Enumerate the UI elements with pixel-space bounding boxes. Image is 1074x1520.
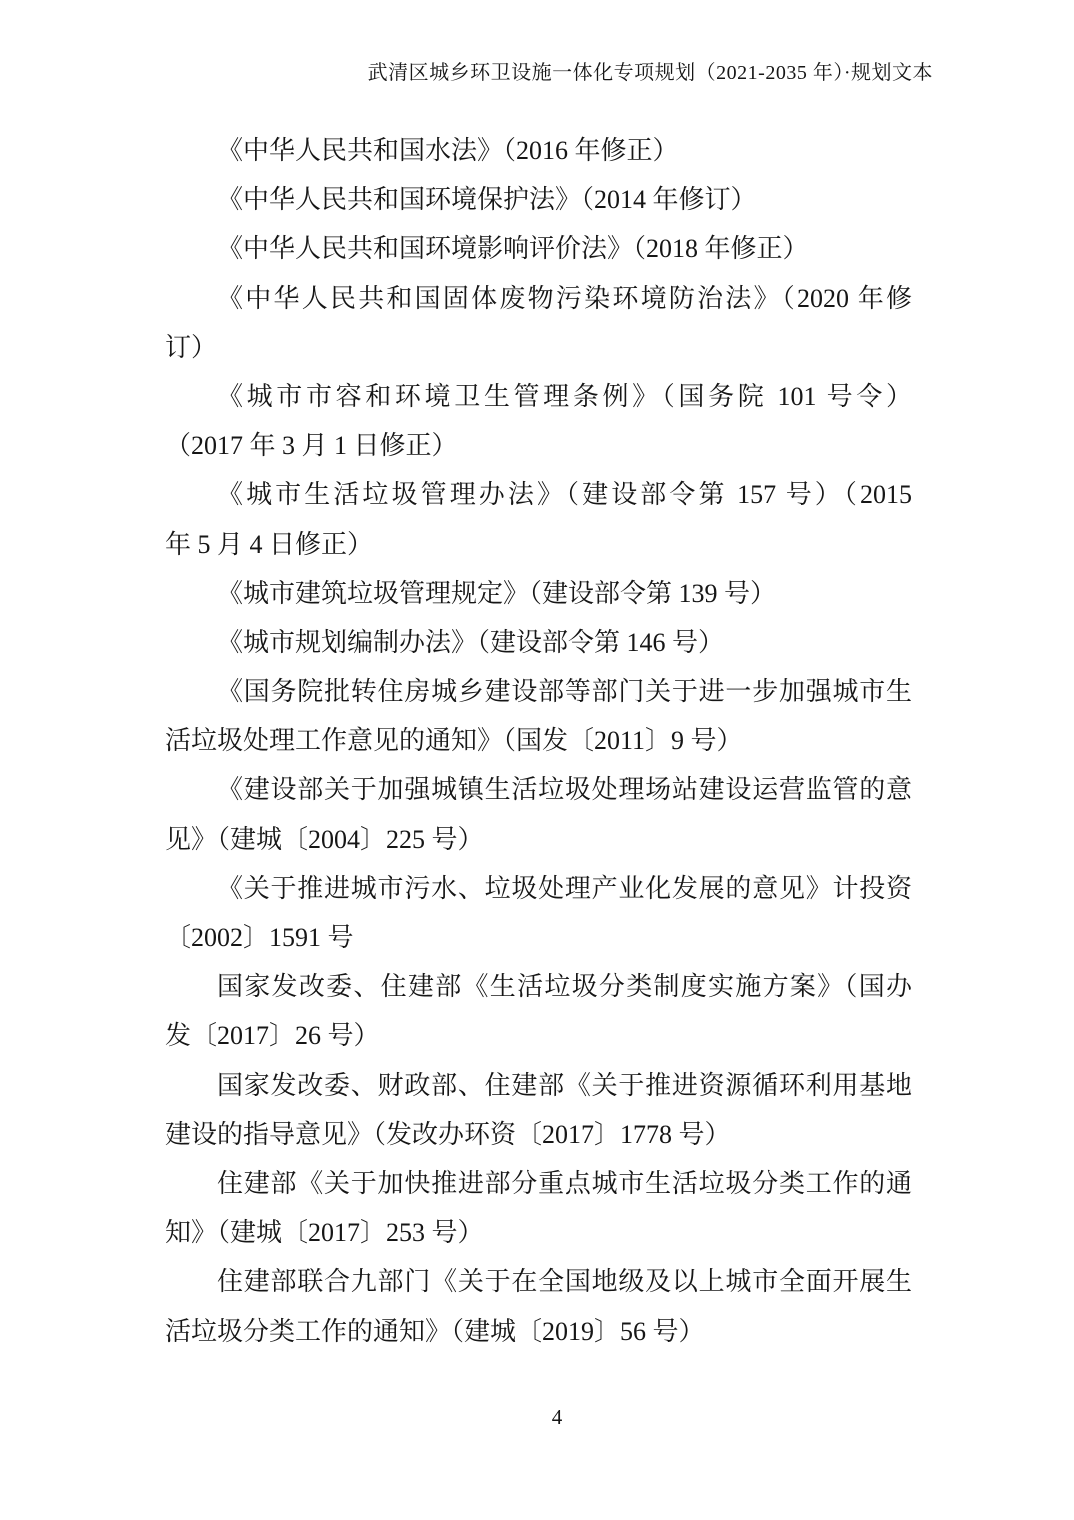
body-line: 建设的指导意见》（发改办环资〔2017〕1778 号） xyxy=(165,1110,912,1159)
body-line: 《城市市容和环境卫生管理条例》（国务院 101 号令） xyxy=(165,372,912,421)
body-line: 《建设部关于加强城镇生活垃圾处理场站建设运营监管的意 xyxy=(165,765,912,814)
body-line: 订） xyxy=(165,323,912,372)
body-line: 《中华人民共和国水法》（2016 年修正） xyxy=(165,126,912,175)
body-line: 活垃圾分类工作的通知》（建城〔2019〕56 号） xyxy=(165,1307,912,1356)
body-line: 住建部《关于加快推进部分重点城市生活垃圾分类工作的通 xyxy=(165,1159,912,1208)
body-line: （2017 年 3 月 1 日修正） xyxy=(165,421,912,470)
body-line: 〔2002〕1591 号 xyxy=(165,913,912,962)
body-line: 国家发改委、财政部、住建部《关于推进资源循环利用基地 xyxy=(165,1061,912,1110)
body-line: 《中华人民共和国固体废物污染环境防治法》（2020 年修 xyxy=(165,274,912,323)
body-line: 见》（建城〔2004〕225 号） xyxy=(165,815,912,864)
body-line: 《城市建筑垃圾管理规定》（建设部令第 139 号） xyxy=(165,569,912,618)
body-line: 年 5 月 4 日修正） xyxy=(165,520,912,569)
body-line: 《中华人民共和国环境保护法》（2014 年修订） xyxy=(165,175,912,224)
body-line: 《国务院批转住房城乡建设部等部门关于进一步加强城市生 xyxy=(165,667,912,716)
document-page: 武清区城乡环卫设施一体化专项规划（2021-2035 年）·规划文本 《中华人民… xyxy=(0,0,1074,1520)
document-body: 《中华人民共和国水法》（2016 年修正）《中华人民共和国环境保护法》（2014… xyxy=(165,126,912,1356)
body-line: 国家发改委、住建部《生活垃圾分类制度实施方案》（国办 xyxy=(165,962,912,1011)
body-line: 《城市规划编制办法》（建设部令第 146 号） xyxy=(165,618,912,667)
body-line: 活垃圾处理工作意见的通知》（国发〔2011〕9 号） xyxy=(165,716,912,765)
body-line: 《关于推进城市污水、垃圾处理产业化发展的意见》计投资 xyxy=(165,864,912,913)
page-number: 4 xyxy=(0,1404,1074,1430)
body-line: 发〔2017〕26 号） xyxy=(165,1011,912,1060)
body-line: 住建部联合九部门《关于在全国地级及以上城市全面开展生 xyxy=(165,1257,912,1306)
body-line: 《城市生活垃圾管理办法》（建设部令第 157 号）（2015 xyxy=(165,470,912,519)
body-line: 《中华人民共和国环境影响评价法》（2018 年修正） xyxy=(165,224,912,273)
running-header: 武清区城乡环卫设施一体化专项规划（2021-2035 年）·规划文本 xyxy=(0,61,933,85)
body-line: 知》（建城〔2017〕253 号） xyxy=(165,1208,912,1257)
